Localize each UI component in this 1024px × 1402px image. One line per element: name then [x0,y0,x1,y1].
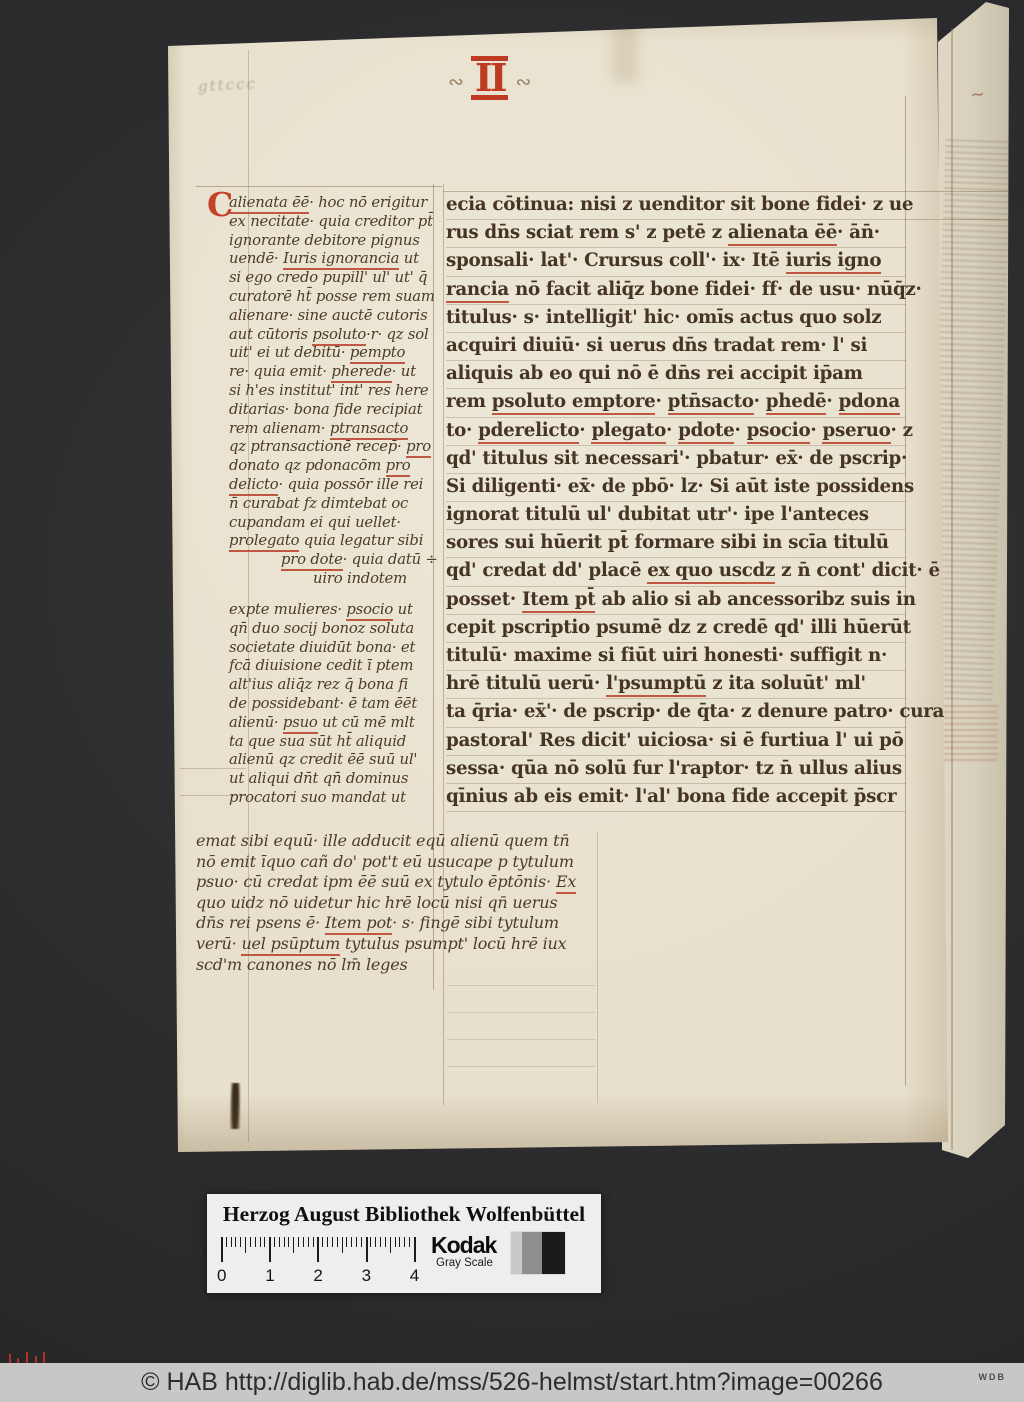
manuscript-text-line: re· quia emit· pherede· ut [229,363,434,382]
ruling-line [447,1066,595,1067]
ruler-numbers: 01234 [221,1266,431,1288]
ruling-line [447,1012,595,1013]
manuscript-text-line: sponsali· lat'· Crursus coll'· ix· Itē i… [446,248,906,276]
main-text-column: ecia cōtinua: nisi z uenditor sit bone f… [446,192,906,812]
ruling-line [447,985,595,986]
manuscript-text-line: ignorante debitore pignus [229,232,434,251]
manuscript-text-line: expte mulieres· psocio ut [229,601,434,620]
manuscript-text-line: alienū qz credit ēē suū ul' [229,751,434,770]
kodak-gray-scale-patch [510,1231,566,1275]
manuscript-text-line: acquiri diuiū· si uerus dn̄s tradat rem·… [446,333,906,361]
library-scale-card: Herzog August Bibliothek Wolfenbüttel 01… [207,1194,601,1293]
manuscript-text-line: ex necitate· quia creditor pt̄ [229,213,434,232]
manuscript-text-line: scd'm canones nō lm̄ leges [196,955,616,976]
manuscript-text-line: qd' titulus sit necessari'· pbatur· ex̄·… [446,446,906,474]
manuscript-text-line: sores sui hūerit pt̄ formare sibi in scī… [446,530,906,558]
photo-background: ∾ II ∾ gttccc ≀ C alienata ēē· hoc nō er… [0,0,1024,1363]
page-fold-line [951,28,953,1150]
manuscript-text-line: rus dn̄s sciat rem s' z petē z alienata … [446,220,906,248]
manuscript-text-line: titulū· maxime si fiūt uiri honesti· suf… [446,643,906,671]
ruling-line [447,1039,595,1040]
manuscript-text-line: uendē· Iuris ignorancia ut [229,250,434,269]
manuscript-text-line: procatori suo mandat ut [229,789,434,808]
folio-numeral: II [471,56,509,100]
manuscript-text-line: cepit pscriptio psumē dz z credē qd' ill… [446,615,906,643]
manuscript-text-line: psuo· cū credat ipm ēē suū ex tytulo ēpt… [196,872,616,893]
manuscript-text-line: emat sibi equū· ille adducit eqū alienū … [196,831,616,852]
manuscript-text-line: to· pderelicto· plegato· pdote· psocio· … [446,418,906,446]
manuscript-text-line: Si diligenti· ex̄· de pbō· lz· Si aūt is… [446,474,906,502]
manuscript-text-line: prolegato quia legatur sibi [229,532,434,551]
library-name-label: Herzog August Bibliothek Wolfenbüttel [207,1202,601,1227]
manuscript-text-line: quo uidz nō uidetur hic hrē locū nisi qn… [196,893,616,914]
ruling-line [905,219,1008,220]
copyright-url-text: © HAB http://diglib.hab.de/mss/526-helms… [0,1363,1024,1402]
manuscript-text-line: qn̄ duo socij bonoz soluta [229,620,434,639]
offset-ghost-mark: gttccc [198,74,258,95]
manuscript-text-line: qīnius ab eis emit· l'al' bona fide acce… [446,784,906,812]
manuscript-text-line: alt'ius aliq̄z rez q̄ bona fi [229,676,434,695]
ink-blot [230,1083,241,1129]
manuscript-text-line: rem psoluto emptore· ptn̄sacto· phedē· p… [446,389,906,417]
manuscript-text-line: societate diuidūt bona· et [229,639,434,658]
manuscript-text-line: rem alienam· ptransacto [229,420,434,439]
gloss-column-block-2: expte mulieres· psocio utqn̄ duo socij b… [229,601,434,808]
manuscript-text-line: titulus· s· intelligit' hic· omīs actus … [446,305,906,333]
manuscript-text-line: n̄ curabat fz dimtebat oc [229,495,434,514]
manuscript-text-line: fcā diuisione cedit ī ptem [229,657,434,676]
manuscript-text-line: ta q̄ria· ex̄'· de pscrip· de q̄ta· z de… [446,699,906,727]
manuscript-text-line: sessa· qūa nō solū fur l'raptor· tz n̄ u… [446,756,906,784]
gloss-column-block-1: alienata ēē· hoc nō erigiturex necitate·… [229,194,434,589]
parchment-stain [612,8,638,82]
manuscript-text-line: si h'es institut' int' res here [229,382,434,401]
manuscript-text-line: uiro indotem [313,570,434,589]
manuscript-text-line: ignorat titulū ul' dubitat utr'· ipe l'a… [446,502,906,530]
gray-scale-label: Gray Scale [436,1257,493,1269]
manuscript-text-line: rancia nō facit aliq̄z bone fidei· ff· d… [446,277,906,305]
kodak-label: Kodak [431,1232,496,1259]
caption-bar: © HAB http://diglib.hab.de/mss/526-helms… [0,1363,1024,1402]
manuscript-text-line: ut aliqui dn̄t qn̄ dominus [229,770,434,789]
manuscript-text-line: si ego credo pupill' ul' ut' q̄ [229,269,434,288]
flourish-left: ∾ [448,71,464,93]
manuscript-text-line: alienata ēē· hoc nō erigitur [229,194,434,213]
manuscript-text-line: pro dote· quia datū ÷ [281,551,434,570]
wdb-watermark: WDB [979,1372,1007,1382]
manuscript-text-line: ecia cōtinua: nisi z uenditor sit bone f… [446,192,906,220]
manuscript-text-line: alienare· sine auctē cutoris [229,307,434,326]
manuscript-text-line: nō emit īquo cañ do' pot't eū usucape p … [196,852,616,873]
manuscript-text-line: pastoral' Res dicit' uiciosa· si ē furti… [446,728,906,756]
manuscript-text-line: qd' credat dd' placē ex quo uscdz z n̄ c… [446,558,906,586]
manuscript-text-line: curatorē ht̄ posse rem suam [229,288,434,307]
manuscript-text-line: alienū· psuo ut cū mē mlt [229,714,434,733]
manuscript-text-line: dn̄s rei psens ē· Item pot· s· fingē sib… [196,913,616,934]
manuscript-text-line: uit' ei ut debitū· pempto [229,344,434,363]
manuscript-text-line: aliquis ab eo qui nō ē dn̄s rei accipit … [446,361,906,389]
manuscript-text-line: donato qz pdonacōm pro [229,457,434,476]
manuscript-text-line: qz ptransactionē recep̄· pro [229,438,434,457]
manuscript-text-line: posset· Item pt̄ ab alio si ab ancessori… [446,587,906,615]
manuscript-text-line: ta que sua sūt ht̄ aliquid [229,733,434,752]
folio-number-group: ∾ II ∾ [448,56,531,100]
manuscript-text-line: hrē titulū uerū· l'psumptū z ita soluūt'… [446,671,906,699]
manuscript-text-line: verū· uel psūptum tytulus psumpt' locū h… [196,934,616,955]
show-through-rubric [938,705,998,763]
flourish-right: ∾ [515,71,531,93]
gloss-bottom-paragraph: emat sibi equū· ille adducit eqū alienū … [196,831,616,975]
manuscript-text-line: aut cūtoris psoluto·r· qz sol [229,326,434,345]
ruler-ticks [221,1237,421,1265]
manuscript-text-line: ditarias· bona fide recipiat [229,401,434,420]
manuscript-text-line: cupandam ei qui uellet· [229,514,434,533]
manuscript-text-line: delicto· quia possōr ille rei [229,476,434,495]
manuscript-text-line: de possidebant· ē tam ēēt [229,695,434,714]
